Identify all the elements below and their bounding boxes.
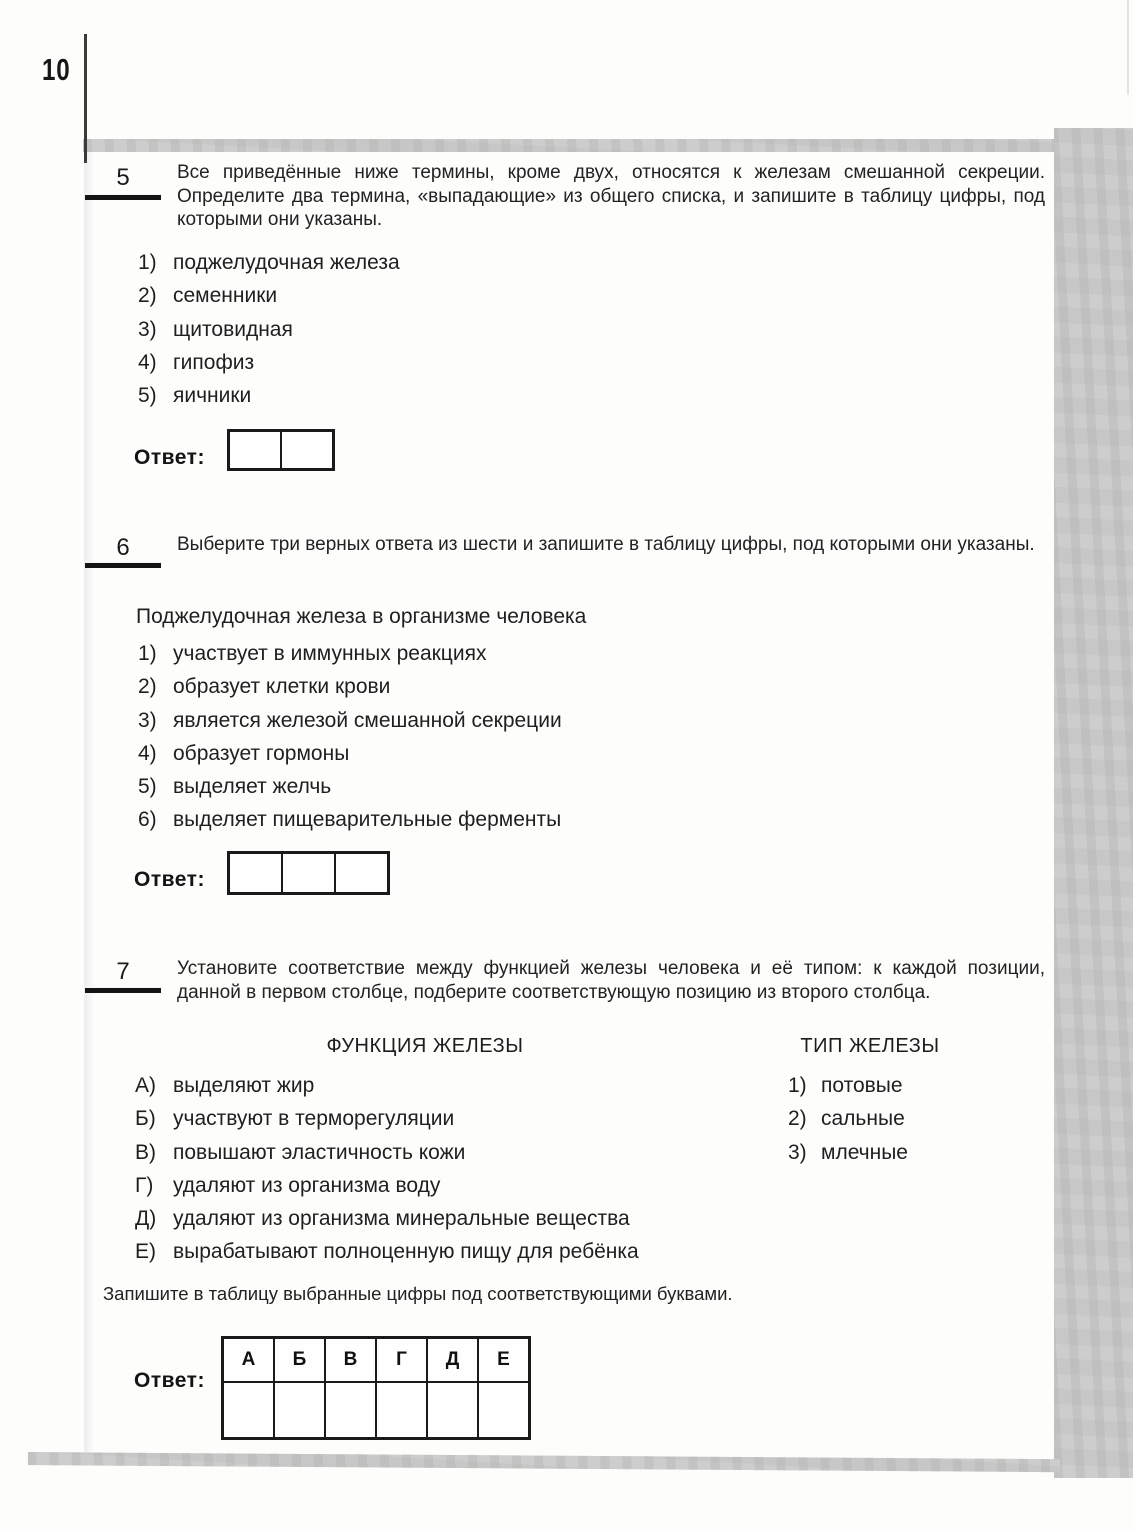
answer-cell [229, 431, 282, 470]
page-edge-shadow-bottom [28, 1452, 1060, 1472]
match-right-items: 1)потовые 2)сальные 3)млечные [788, 1069, 908, 1169]
question-5-number: 5 [85, 164, 161, 192]
match-left-items: А)выделяют жир Б)участвуют в терморегуля… [135, 1069, 639, 1269]
answer-cell [223, 1382, 275, 1439]
option-item: 4)образует гормоны [138, 737, 562, 770]
question-7-answer-label: Ответ: [134, 1369, 205, 1393]
option-item: 2)семенники [138, 279, 400, 312]
answer-cell [478, 1382, 530, 1439]
option-item: 6)выделяет пищеварительные ферменты [138, 803, 562, 836]
option-item: 5)выделяет желчь [138, 770, 562, 803]
answer-cell [274, 1382, 325, 1439]
answer-header-cell: Б [274, 1338, 325, 1383]
answer-cell [281, 431, 334, 470]
question-7-number: 7 [85, 958, 161, 986]
question-5-answer-table [227, 429, 335, 471]
answer-cell [376, 1382, 427, 1439]
question-7-note: Запишите в таблицу выбранные цифры под с… [103, 1283, 733, 1305]
question-5-options: 1)поджелудочная железа 2)семенники 3)щит… [138, 246, 400, 412]
question-6-answer-table [227, 851, 390, 895]
option-item: 4)гипофиз [138, 346, 400, 379]
answer-header-cell: А [223, 1338, 275, 1383]
match-item: Б)участвуют в терморегуляции [135, 1102, 639, 1135]
question-6-rule [85, 562, 161, 568]
page-number: 10 [42, 52, 70, 88]
option-item: 5)яичники [138, 379, 400, 412]
question-6-number: 6 [85, 534, 161, 562]
question-6-prompt: Выберите три верных ответа из шести и за… [177, 533, 1045, 557]
answer-table-header-row: А Б В Г Д Е [223, 1338, 530, 1383]
option-item: 1)участвует в иммунных реакциях [138, 637, 562, 670]
question-5-rule [85, 194, 161, 200]
match-item: Д)удаляют из организма минеральные вещес… [135, 1202, 639, 1235]
question-7-answer-table: А Б В Г Д Е [221, 1336, 531, 1440]
question-7-rule [85, 987, 161, 993]
page-fold-shadow [84, 152, 95, 1452]
answer-header-cell: Г [376, 1338, 427, 1383]
match-right-header: ТИП ЖЕЛЕЗЫ [770, 1035, 970, 1058]
answer-cell [282, 853, 335, 894]
answer-header-cell: Д [427, 1338, 478, 1383]
page-edge-shadow-top [83, 139, 1075, 152]
question-6-answer-label: Ответ: [134, 868, 205, 892]
answer-header-cell: Е [478, 1338, 530, 1383]
match-type-item: 2)сальные [788, 1102, 908, 1135]
question-5-answer-label: Ответ: [134, 446, 205, 470]
option-item: 1)поджелудочная железа [138, 246, 400, 279]
answer-cell [427, 1382, 478, 1439]
match-left-header: ФУНКЦИЯ ЖЕЛЕЗЫ [300, 1035, 550, 1058]
question-7-prompt: Установите соответствие между функцией ж… [177, 957, 1045, 1004]
match-type-item: 1)потовые [788, 1069, 908, 1102]
scanned-exam-page: 10 5 Все приведённые ниже термины, кроме… [0, 0, 1133, 1531]
option-item: 3)является железой смешанной секреции [138, 704, 562, 737]
question-5-prompt: Все приведённые ниже термины, кроме двух… [177, 161, 1045, 232]
header-vertical-rule [84, 34, 87, 163]
option-item: 2)образует клетки крови [138, 670, 562, 703]
answer-cell [229, 853, 283, 894]
page-edge-shadow-right [1054, 128, 1133, 1478]
answer-table-blank-row [223, 1382, 530, 1439]
scan-edge-line [1127, 0, 1129, 95]
answer-cell [335, 853, 389, 894]
answer-cell [325, 1382, 376, 1439]
match-item: А)выделяют жир [135, 1069, 639, 1102]
question-6-options: 1)участвует в иммунных реакциях 2)образу… [138, 637, 562, 837]
match-item: В)повышают эластичность кожи [135, 1136, 639, 1169]
match-item: Г)удаляют из организма воду [135, 1169, 639, 1202]
option-item: 3)щитовидная [138, 313, 400, 346]
match-type-item: 3)млечные [788, 1136, 908, 1169]
match-item: Е)вырабатывают полноценную пищу для ребё… [135, 1235, 639, 1268]
question-6-stem: Поджелудочная железа в организме человек… [136, 605, 586, 629]
answer-header-cell: В [325, 1338, 376, 1383]
